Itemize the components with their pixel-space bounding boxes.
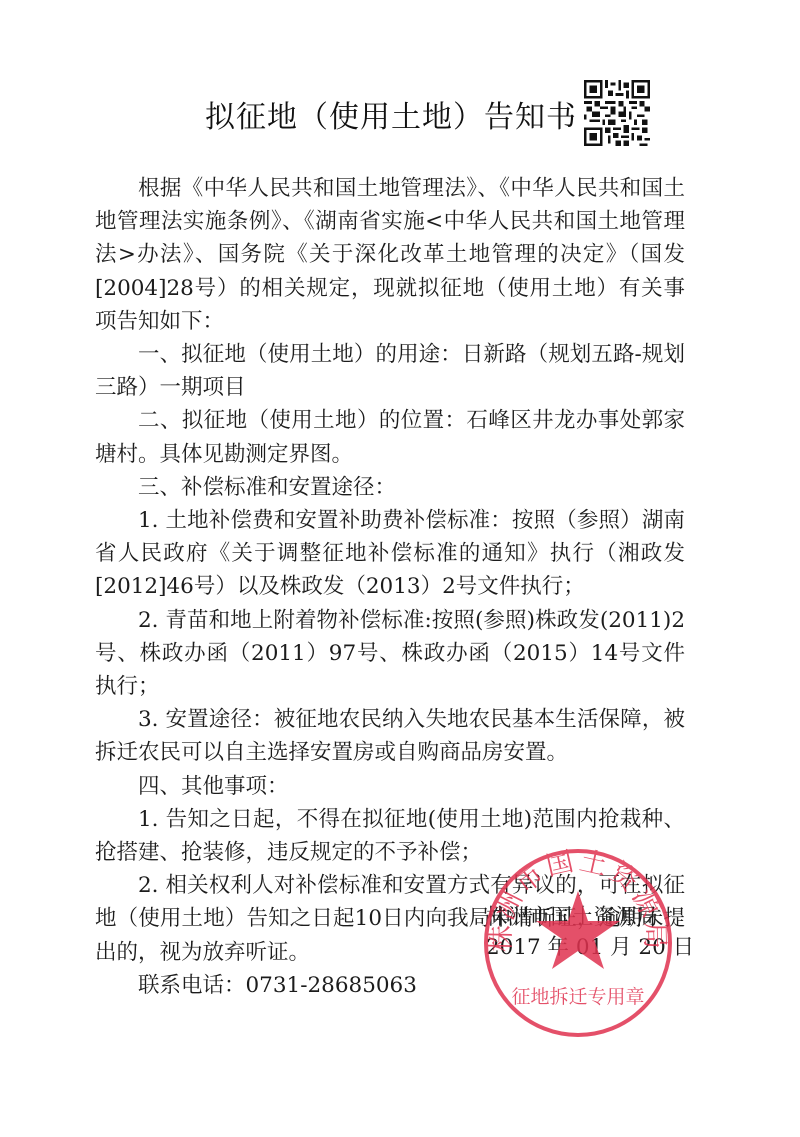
stamp-bottom-text: 征地拆迁专用章 xyxy=(511,986,644,1008)
section-compensation-heading: 三、补偿标准和安置途径： xyxy=(95,471,685,504)
qr-code-icon xyxy=(584,80,650,146)
intro-paragraph: 根据《中华人民共和国土地管理法》、《中华人民共和国土地管理法实施条例》、《湖南省… xyxy=(95,172,685,338)
section-location: 二、拟征地（使用土地）的位置：石峰区井龙办事处郭家塘村。具体见勘测定界图。 xyxy=(95,404,685,470)
compensation-item-2: 2. 青苗和地上附着物补偿标准:按照(参照)株政发(2011)2号、株政办函（2… xyxy=(95,604,685,704)
document-title: 拟征地（使用土地）告知书 xyxy=(205,92,577,136)
official-seal-icon: 株洲市国土资源局 征地拆迁专用章 xyxy=(478,843,678,1043)
compensation-item-3: 3. 安置途径：被征地农民纳入失地农民基本生活保障，被拆迁农民可以自主选择安置房… xyxy=(95,703,685,769)
compensation-item-1: 1. 土地补偿费和安置补助费补偿标准：按照（参照）湖南省人民政府《关于调整征地补… xyxy=(95,504,685,604)
section-usage: 一、拟征地（使用土地）的用途：日新路（规划五路-规划三路）一期项目 xyxy=(95,338,685,404)
section-other-heading: 四、其他事项： xyxy=(95,770,685,803)
